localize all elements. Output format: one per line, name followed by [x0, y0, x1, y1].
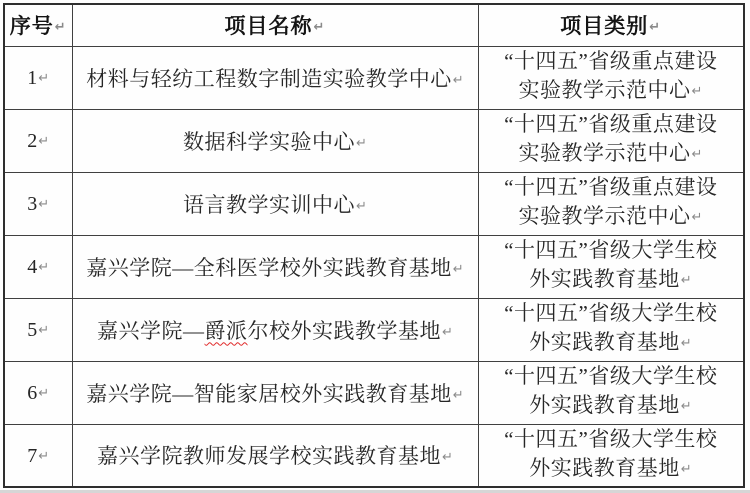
category-line2: 实验教学示范中心	[519, 204, 691, 228]
project-category-cell[interactable]: “十四五”省级重点建设 实验教学示范中心↵	[478, 109, 744, 172]
project-name-cell[interactable]: 嘉兴学院—智能家居校外实践教育基地↵	[72, 361, 478, 424]
paragraph-mark-icon: ↵	[38, 260, 49, 275]
table-row: 7↵ 嘉兴学院教师发展学校实践教育基地↵ “十四五”省级大学生校 外实践教育基地…	[4, 424, 744, 487]
paragraph-mark-icon: ↵	[453, 388, 464, 403]
col-header-project-category-label: 项目类别	[560, 14, 648, 38]
paragraph-mark-icon: ↵	[38, 323, 49, 338]
paragraph-mark-icon: ↵	[649, 20, 661, 35]
table-row: 1↵ 材料与轻纺工程数字制造实验教学中心↵ “十四五”省级重点建设 实验教学示范…	[4, 46, 744, 109]
category-line2: 实验教学示范中心	[519, 141, 691, 165]
category-line1: “十四五”省级大学生校	[479, 362, 744, 391]
category-line2: 外实践教育基地	[529, 330, 680, 354]
project-name-cell[interactable]: 嘉兴学院—爵派尔校外实践教学基地↵	[72, 298, 478, 361]
paragraph-mark-icon: ↵	[692, 84, 703, 99]
col-header-serial-label: 序号	[10, 14, 54, 38]
project-name: 嘉兴学院—全科医学校外实践教育基地	[86, 256, 452, 280]
project-name: 嘉兴学院—爵派尔校外实践教学基地	[97, 319, 441, 343]
paragraph-mark-icon: ↵	[681, 336, 692, 351]
serial-number: 7	[27, 445, 37, 467]
project-name-cell[interactable]: 数据科学实验中心↵	[72, 109, 478, 172]
col-header-serial[interactable]: 序号↵	[4, 4, 72, 46]
project-category-cell[interactable]: “十四五”省级重点建设 实验教学示范中心↵	[478, 172, 744, 235]
project-name-cell[interactable]: 嘉兴学院教师发展学校实践教育基地↵	[72, 424, 478, 487]
serial-cell[interactable]: 2↵	[4, 109, 72, 172]
category-line1: “十四五”省级重点建设	[479, 173, 744, 202]
paragraph-mark-icon: ↵	[38, 134, 49, 149]
serial-cell[interactable]: 5↵	[4, 298, 72, 361]
table-row: 5↵ 嘉兴学院—爵派尔校外实践教学基地↵ “十四五”省级大学生校 外实践教育基地…	[4, 298, 744, 361]
category-line2-wrap: 外实践教育基地↵	[479, 391, 744, 423]
paragraph-mark-icon: ↵	[442, 325, 453, 340]
paragraph-mark-icon: ↵	[38, 386, 49, 401]
project-category-cell[interactable]: “十四五”省级大学生校 外实践教育基地↵	[478, 298, 744, 361]
paragraph-mark-icon: ↵	[38, 197, 49, 212]
col-header-project-name[interactable]: 项目名称↵	[72, 4, 478, 46]
col-header-project-name-label: 项目名称	[225, 14, 313, 38]
serial-number: 4	[27, 256, 37, 278]
serial-cell[interactable]: 3↵	[4, 172, 72, 235]
project-name: 嘉兴学院—智能家居校外实践教育基地	[86, 382, 452, 406]
table-header-row: 序号↵ 项目名称↵ 项目类别↵	[4, 4, 744, 46]
paragraph-mark-icon: ↵	[55, 20, 67, 35]
table-row: 4↵ 嘉兴学院—全科医学校外实践教育基地↵ “十四五”省级大学生校 外实践教育基…	[4, 235, 744, 298]
project-name: 嘉兴学院教师发展学校实践教育基地	[97, 444, 441, 468]
category-line2-wrap: 实验教学示范中心↵	[479, 76, 744, 108]
table-row: 6↵ 嘉兴学院—智能家居校外实践教育基地↵ “十四五”省级大学生校 外实践教育基…	[4, 361, 744, 424]
category-line2-wrap: 实验教学示范中心↵	[479, 139, 744, 171]
category-line2-wrap: 外实践教育基地↵	[479, 265, 744, 297]
paragraph-mark-icon: ↵	[681, 399, 692, 414]
serial-cell[interactable]: 6↵	[4, 361, 72, 424]
category-line2-wrap: 外实践教育基地↵	[479, 454, 744, 486]
project-name-cell[interactable]: 嘉兴学院—全科医学校外实践教育基地↵	[72, 235, 478, 298]
category-line2: 外实践教育基地	[529, 456, 680, 480]
paragraph-mark-icon: ↵	[38, 71, 49, 86]
document-page: 序号↵ 项目名称↵ 项目类别↵ 1↵ 材料与轻纺工程数字制造实验教学中心↵ “十…	[0, 0, 750, 493]
project-category-cell[interactable]: “十四五”省级大学生校 外实践教育基地↵	[478, 361, 744, 424]
category-line2: 实验教学示范中心	[519, 78, 691, 102]
category-line2-wrap: 实验教学示范中心↵	[479, 202, 744, 234]
serial-cell[interactable]: 4↵	[4, 235, 72, 298]
serial-cell[interactable]: 7↵	[4, 424, 72, 487]
table-row: 3↵ 语言教学实训中心↵ “十四五”省级重点建设 实验教学示范中心↵	[4, 172, 744, 235]
paragraph-mark-icon: ↵	[692, 147, 703, 162]
col-header-project-category[interactable]: 项目类别↵	[478, 4, 744, 46]
project-name: 材料与轻纺工程数字制造实验教学中心	[86, 67, 452, 91]
project-category-cell[interactable]: “十四五”省级大学生校 外实践教育基地↵	[478, 235, 744, 298]
paragraph-mark-icon: ↵	[356, 136, 367, 151]
project-name-cell[interactable]: 语言教学实训中心↵	[72, 172, 478, 235]
category-line1: “十四五”省级重点建设	[479, 110, 744, 139]
serial-number: 3	[27, 193, 37, 215]
paragraph-mark-icon: ↵	[453, 73, 464, 88]
paragraph-mark-icon: ↵	[681, 462, 692, 477]
category-line2: 外实践教育基地	[529, 393, 680, 417]
serial-number: 6	[27, 382, 37, 404]
project-category-cell[interactable]: “十四五”省级重点建设 实验教学示范中心↵	[478, 46, 744, 109]
paragraph-mark-icon: ↵	[453, 262, 464, 277]
project-name-cell[interactable]: 材料与轻纺工程数字制造实验教学中心↵	[72, 46, 478, 109]
paragraph-mark-icon: ↵	[681, 273, 692, 288]
category-line2: 外实践教育基地	[529, 267, 680, 291]
table-row: 2↵ 数据科学实验中心↵ “十四五”省级重点建设 实验教学示范中心↵	[4, 109, 744, 172]
paragraph-mark-icon: ↵	[442, 450, 453, 465]
category-line1: “十四五”省级大学生校	[479, 425, 744, 454]
project-name: 语言教学实训中心	[183, 193, 355, 217]
paragraph-mark-icon: ↵	[356, 199, 367, 214]
paragraph-mark-icon: ↵	[692, 210, 703, 225]
category-line2-wrap: 外实践教育基地↵	[479, 328, 744, 360]
serial-number: 5	[27, 319, 37, 341]
serial-number: 2	[27, 130, 37, 152]
paragraph-mark-icon: ↵	[38, 449, 49, 464]
project-name: 数据科学实验中心	[183, 130, 355, 154]
projects-table: 序号↵ 项目名称↵ 项目类别↵ 1↵ 材料与轻纺工程数字制造实验教学中心↵ “十…	[3, 3, 745, 488]
project-category-cell[interactable]: “十四五”省级大学生校 外实践教育基地↵	[478, 424, 744, 487]
category-line1: “十四五”省级大学生校	[479, 236, 744, 265]
category-line1: “十四五”省级重点建设	[479, 47, 744, 76]
serial-number: 1	[27, 67, 37, 89]
serial-cell[interactable]: 1↵	[4, 46, 72, 109]
category-line1: “十四五”省级大学生校	[479, 299, 744, 328]
spellcheck-underline: 爵派	[205, 319, 248, 343]
paragraph-mark-icon: ↵	[314, 20, 326, 35]
